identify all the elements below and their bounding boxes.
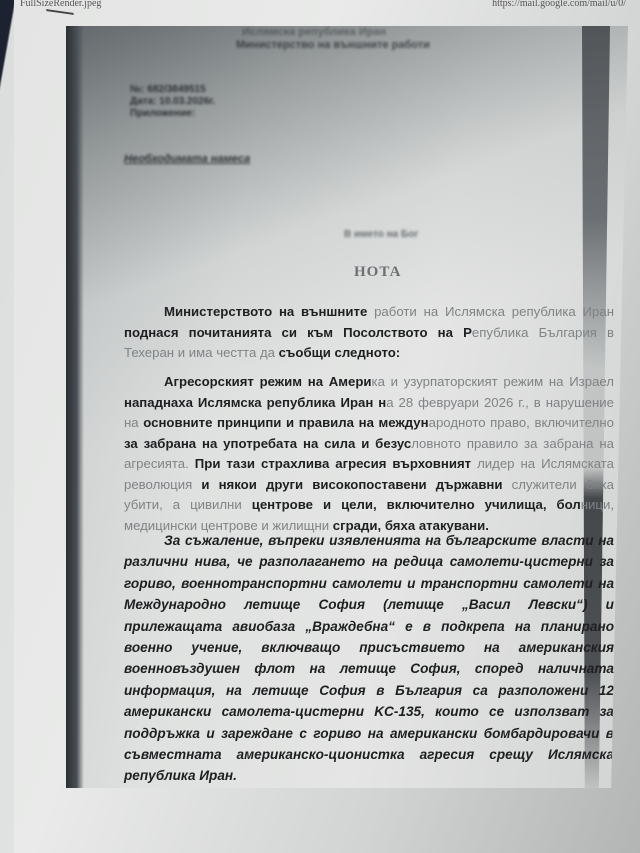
p2-faded-text: ка и узурпаторският режим на Израел bbox=[372, 374, 614, 389]
document-title: НОТА bbox=[354, 264, 401, 281]
letterhead-ministry: Министерство на външните работи bbox=[236, 39, 430, 51]
print-filename: FullSizeRender.jpeg bbox=[20, 0, 101, 9]
paragraph-1: Министерството на външните работи на Исл… bbox=[124, 302, 614, 364]
p1-text-3: съобщи следното: bbox=[275, 345, 400, 360]
p2-text-2: нападнаха Ислямска република Иран н bbox=[124, 395, 386, 410]
printed-sheet: FullSizeRender.jpeg https://mail.google.… bbox=[14, 0, 640, 853]
p2-text-4: за забрана на употребата на сила и безус bbox=[124, 436, 411, 451]
page-left-shadow bbox=[66, 26, 84, 788]
p2-text-7: центрове и цели, включително училища, бо… bbox=[242, 497, 581, 512]
document-date: Дата: 10.03.2026г. bbox=[130, 96, 215, 108]
p1-text-2: поднася почитанията си към Посолството н… bbox=[124, 325, 472, 340]
p2-text-5: При тази страхлива агресия върховният bbox=[189, 456, 477, 471]
photocopied-note-page: Ислямска република Иран Министерство на … bbox=[66, 26, 628, 788]
p2-text-3: основните принципи и правила на междун bbox=[139, 415, 429, 430]
print-url: https://mail.google.com/mail/u/0/ bbox=[492, 0, 626, 9]
p2-text: Агресорският режим на Амери bbox=[164, 374, 372, 389]
p2-faded-text-3: ародното право, включително bbox=[429, 415, 614, 430]
paragraph-3: За съжаление, въпреки изявленията на бъл… bbox=[124, 530, 614, 787]
addressee: Необходимата намеса bbox=[124, 153, 250, 165]
paragraph-2: Агресорският режим на Америка и узурпато… bbox=[124, 372, 614, 536]
letterhead-country: Ислямска република Иран bbox=[242, 26, 386, 38]
print-header: FullSizeRender.jpeg https://mail.google.… bbox=[14, 0, 640, 14]
p2-text-6: и някои други високопоставени държавни bbox=[192, 477, 511, 492]
p1-faded-text: работи на Ислямска република Иран bbox=[374, 304, 614, 319]
attachment-label: Приложение: bbox=[130, 108, 215, 120]
invocation-line: В името на Бог bbox=[344, 229, 418, 240]
document-meta: №: 682/3849515 Дата: 10.03.2026г. Прилож… bbox=[130, 84, 215, 120]
p1-text: Министерството на външните bbox=[164, 304, 374, 319]
reference-number: №: 682/3849515 bbox=[130, 84, 215, 96]
